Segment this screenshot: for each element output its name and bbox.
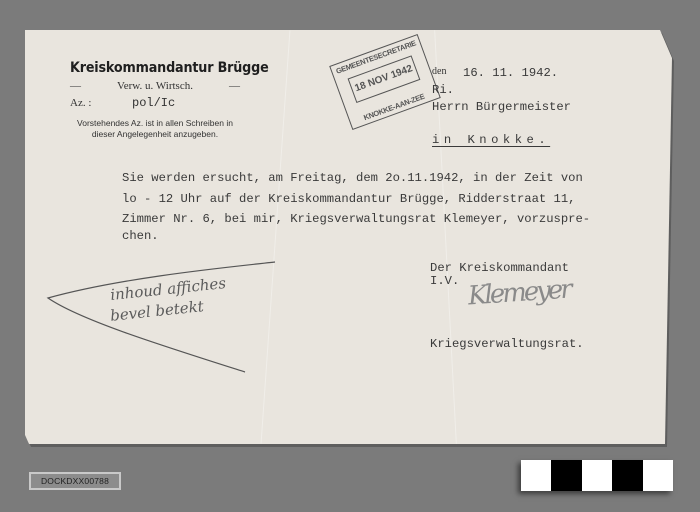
color-scale: [521, 460, 673, 491]
handwritten-bracket-icon: [0, 0, 700, 512]
scale-swatch-white: [643, 460, 673, 491]
scale-swatch-white: [521, 460, 551, 491]
scale-swatch-white: [582, 460, 612, 491]
scale-swatch-black: [612, 460, 642, 491]
scale-swatch-black: [551, 460, 581, 491]
archive-id-label: DOCKDXX00788: [29, 472, 121, 490]
